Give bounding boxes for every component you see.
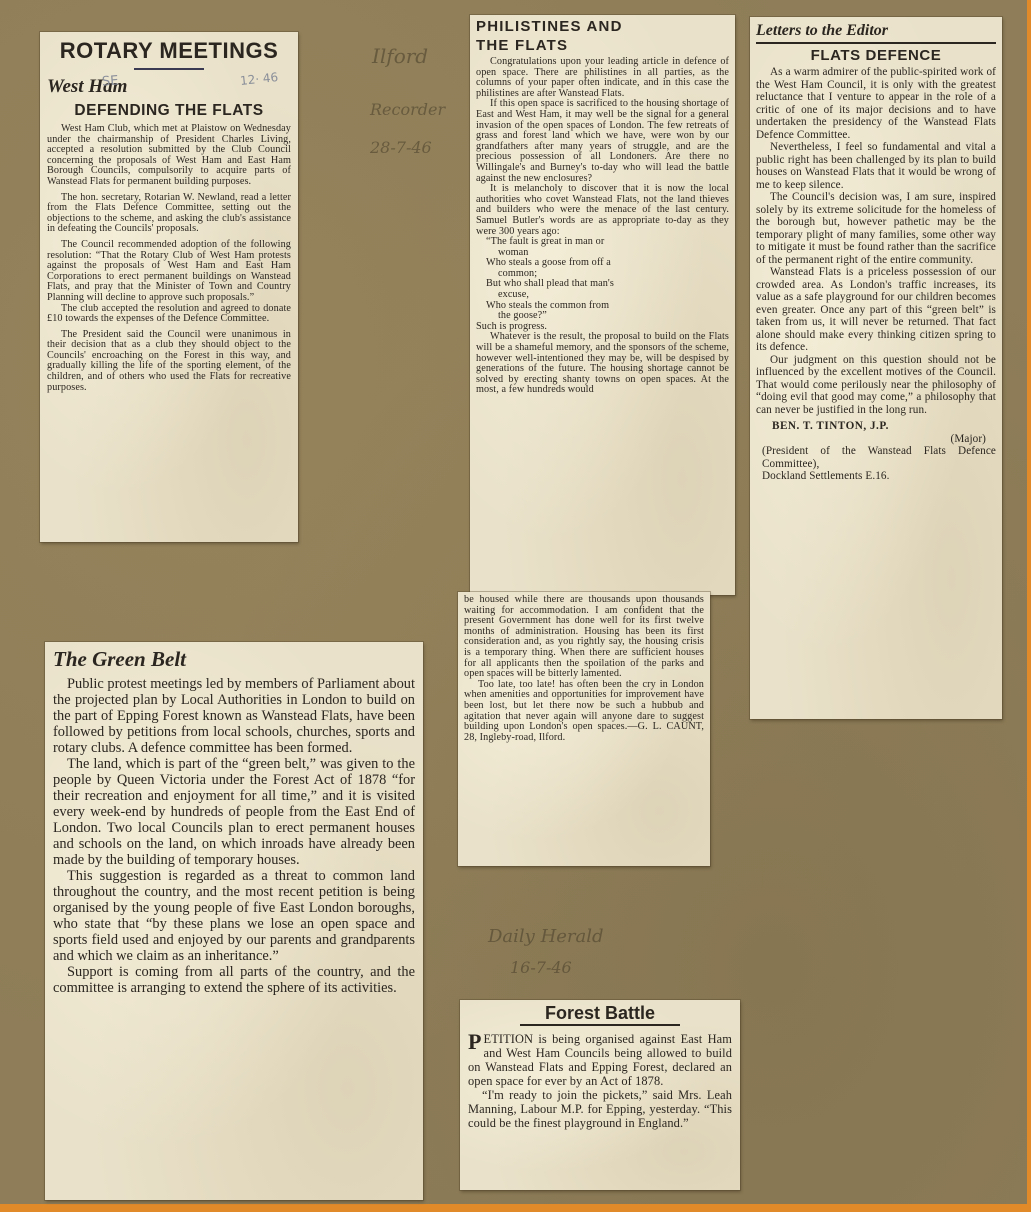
paragraph: The Council recommended adoption of the … xyxy=(47,240,291,304)
paragraph: This suggestion is regarded as a threat … xyxy=(53,868,415,964)
forest-battle-heading: Forest Battle xyxy=(520,1002,680,1026)
letter-signature-address: Dockland Settlements E.16. xyxy=(756,470,996,483)
handwritten-note-recorder: Recorder xyxy=(370,100,445,119)
paragraph: It is melancholy to discover that it is … xyxy=(476,184,729,237)
paragraph: West Ham Club, which met at Plaistow on … xyxy=(47,124,291,188)
rotary-title: DEFENDING THE FLATS xyxy=(47,102,291,120)
clipping-philistines-continuation: be housed while there are thousands upon… xyxy=(458,592,710,866)
paragraph: ETITION is being organised against East … xyxy=(468,1032,732,1088)
paragraph: Congratulations upon your leading articl… xyxy=(476,57,729,99)
paragraph: Our judgment on this question should not… xyxy=(756,354,996,417)
letter-signature: BEN. T. TINTON, J.P. xyxy=(756,420,996,433)
pencil-note: SE xyxy=(101,73,118,89)
paragraph: The hon. secretary, Rotarian W. Newland,… xyxy=(47,193,291,235)
paragraph: If this open space is sacrificed to the … xyxy=(476,99,729,184)
clipping-forest-battle: Forest Battle PETITION is being organise… xyxy=(460,1000,740,1190)
clipping-letters-to-the-editor: Letters to the Editor FLATS DEFENCE As a… xyxy=(750,17,1002,719)
paragraph: As a warm admirer of the public-spirited… xyxy=(756,66,996,141)
letter-signature-role: (President of the Wanstead Flats Defence… xyxy=(756,445,996,470)
drop-cap: P xyxy=(468,1032,482,1052)
letter-signature-rank: (Major) xyxy=(756,433,996,446)
clipping-rotary-meetings: ROTARY MEETINGS SE 12· 46 West Ham DEFEN… xyxy=(40,32,298,542)
philistines-heading-line1: PHILISTINES AND xyxy=(476,19,729,35)
paragraph: The President said the Council were unan… xyxy=(47,330,291,394)
paragraph: Support is coming from all parts of the … xyxy=(53,964,415,996)
paragraph: The land, which is part of the “green be… xyxy=(53,756,415,868)
paragraph: Whatever is the result, the proposal to … xyxy=(476,332,729,396)
board-edge-bottom xyxy=(0,1204,1031,1212)
paragraph: The club accepted the resolution and agr… xyxy=(47,304,291,325)
clipping-the-green-belt: The Green Belt Public protest meetings l… xyxy=(45,642,423,1200)
paragraph: be housed while there are thousands upon… xyxy=(464,595,704,680)
handwritten-note-date-2: 16-7-46 xyxy=(510,958,572,977)
rotary-heading: ROTARY MEETINGS xyxy=(47,38,291,64)
paragraph: “I'm ready to join the pickets,” said Mr… xyxy=(468,1088,732,1130)
heading-rule xyxy=(134,68,204,70)
board-edge-right xyxy=(1027,0,1031,1212)
paragraph: The Council's decision was, I am sure, i… xyxy=(756,191,996,266)
green-belt-heading: The Green Belt xyxy=(53,646,415,672)
handwritten-note-daily-herald: Daily Herald xyxy=(488,926,604,947)
letters-title: FLATS DEFENCE xyxy=(756,47,996,64)
philistines-heading-line2: THE FLATS xyxy=(476,38,729,54)
paragraph: Nevertheless, I feel so fundamental and … xyxy=(756,141,996,191)
paragraph: Wanstead Flats is a priceless possession… xyxy=(756,266,996,354)
clipping-philistines-and-the-flats: PHILISTINES AND THE FLATS Congratulation… xyxy=(470,15,735,595)
paragraph: Too late, too late! has often been the c… xyxy=(464,680,704,744)
handwritten-note-ilford: Ilford xyxy=(372,44,428,68)
paragraph: Public protest meetings led by members o… xyxy=(53,676,415,756)
letters-heading: Letters to the Editor xyxy=(756,21,996,44)
handwritten-note-date-1: 28-7-46 xyxy=(370,138,432,157)
